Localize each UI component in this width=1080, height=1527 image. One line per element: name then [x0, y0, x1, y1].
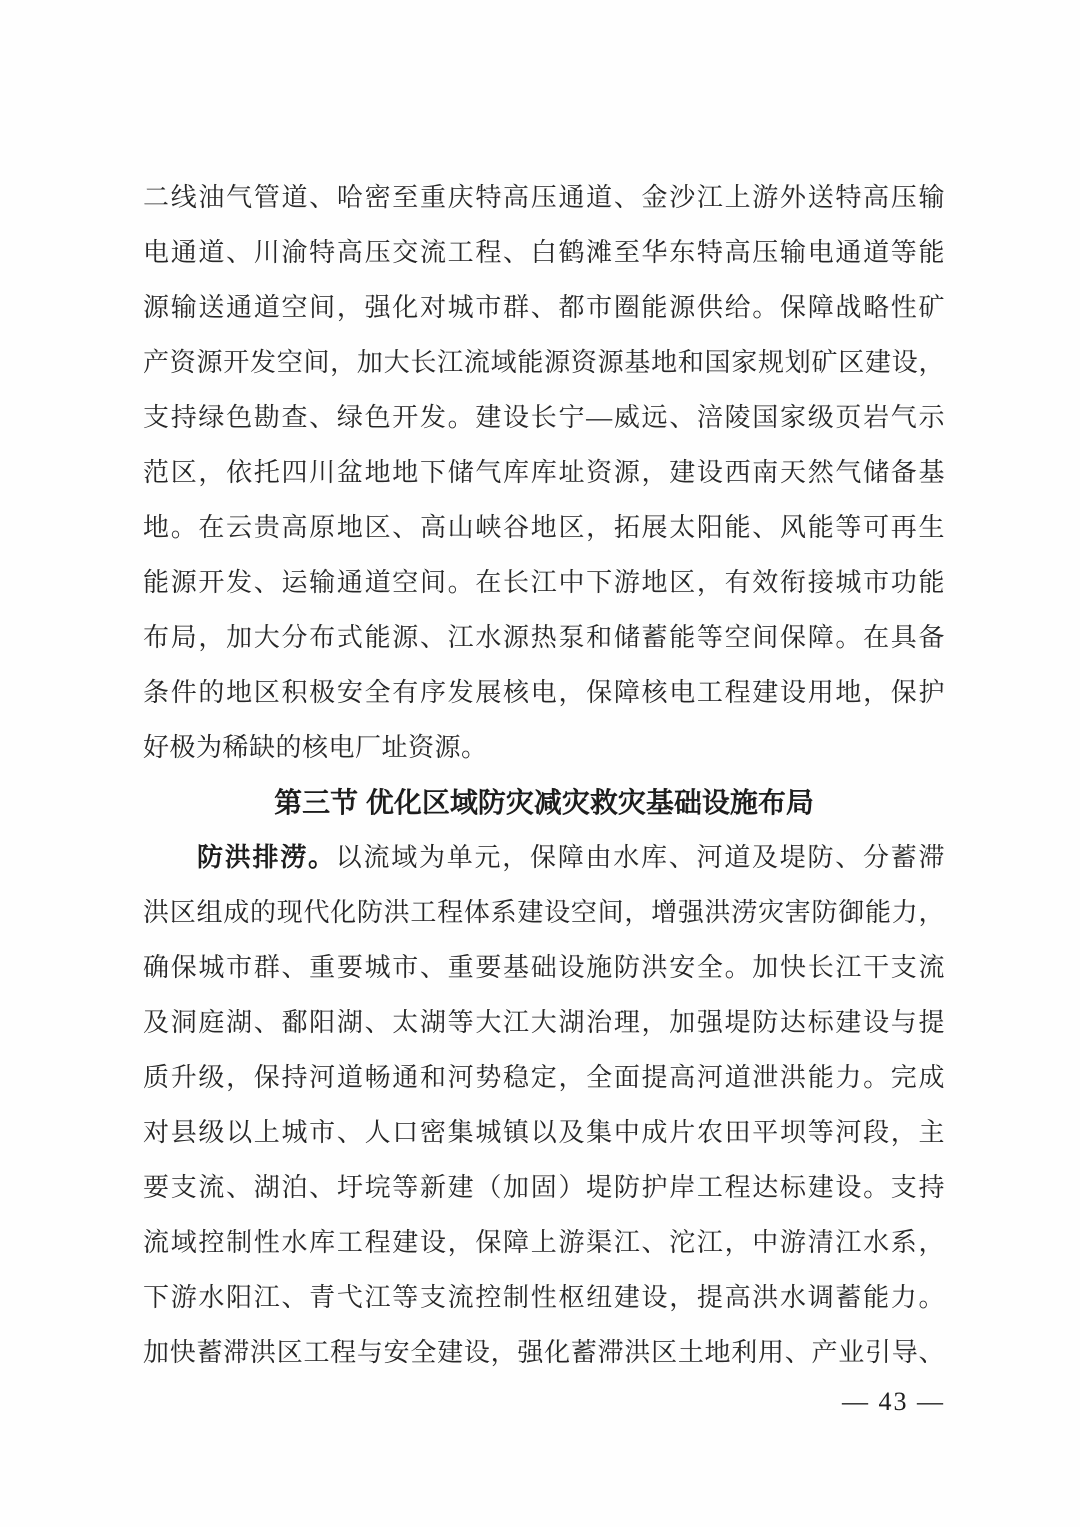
- text-line: 产资源开发空间，加大长江流域能源资源基地和国家规划矿区建设，: [143, 335, 945, 390]
- section-heading: 第三节 优化区域防灾减灾救灾基础设施布局: [143, 775, 945, 830]
- text-line: 加快蓄滞洪区工程与安全建设，强化蓄滞洪区土地利用、产业引导、: [143, 1325, 945, 1380]
- paragraph-first-line-text: 以流域为单元，保障由水库、河道及堤防、分蓄滞: [336, 843, 945, 872]
- text-line: 条件的地区积极安全有序发展核电，保障核电工程建设用地，保护: [143, 665, 945, 720]
- text-line: 能源开发、运输通道空间。在长江中下游地区，有效衔接城市功能: [143, 555, 945, 610]
- text-line: 源输送通道空间，强化对城市群、都市圈能源供给。保障战略性矿: [143, 280, 945, 335]
- text-line: 布局，加大分布式能源、江水源热泵和储蓄能等空间保障。在具备: [143, 610, 945, 665]
- text-line: 地。在云贵高原地区、高山峡谷地区，拓展太阳能、风能等可再生: [143, 500, 945, 555]
- text-line: 流域控制性水库工程建设，保障上游渠江、沱江，中游清江水系，: [143, 1215, 945, 1270]
- text-line: 范区，依托四川盆地地下储气库库址资源，建设西南天然气储备基: [143, 445, 945, 500]
- text-line: 要支流、湖泊、圩垸等新建（加固）堤防护岸工程达标建设。支持: [143, 1160, 945, 1215]
- paragraph-energy-continued: 二线油气管道、哈密至重庆特高压通道、金沙江上游外送特高压输电通道、川渝特高压交流…: [143, 170, 945, 775]
- page-number: — 43 —: [842, 1387, 945, 1416]
- paragraph-lead-bold: 防洪排涝。: [197, 842, 336, 872]
- text-line: 确保城市群、重要城市、重要基础设施防洪安全。加快长江干支流: [143, 940, 945, 995]
- paragraph-flood-body: 洪区组成的现代化防洪工程体系建设空间，增强洪涝灾害防御能力，确保城市群、重要城市…: [143, 885, 945, 1380]
- document-page: 二线油气管道、哈密至重庆特高压通道、金沙江上游外送特高压输电通道、川渝特高压交流…: [0, 0, 1080, 1527]
- text-line: 二线油气管道、哈密至重庆特高压通道、金沙江上游外送特高压输: [143, 170, 945, 225]
- text-line: 支持绿色勘查、绿色开发。建设长宁—威远、涪陵国家级页岩气示: [143, 390, 945, 445]
- page-content: 二线油气管道、哈密至重庆特高压通道、金沙江上游外送特高压输电通道、川渝特高压交流…: [143, 170, 945, 1422]
- text-line: 电通道、川渝特高压交流工程、白鹤滩至华东特高压输电通道等能: [143, 225, 945, 280]
- text-line: 好极为稀缺的核电厂址资源。: [143, 720, 945, 775]
- text-line: 对县级以上城市、人口密集城镇以及集中成片农田平坝等河段，主: [143, 1105, 945, 1160]
- paragraph-flood-first-line: 防洪排涝。以流域为单元，保障由水库、河道及堤防、分蓄滞: [143, 830, 945, 885]
- text-line: 下游水阳江、青弋江等支流控制性枢纽建设，提高洪水调蓄能力。: [143, 1270, 945, 1325]
- page-footer: — 43 —: [143, 1382, 945, 1422]
- text-line: 洪区组成的现代化防洪工程体系建设空间，增强洪涝灾害防御能力，: [143, 885, 945, 940]
- text-line: 质升级，保持河道畅通和河势稳定，全面提高河道泄洪能力。完成: [143, 1050, 945, 1105]
- text-line: 及洞庭湖、鄱阳湖、太湖等大江大湖治理，加强堤防达标建设与提: [143, 995, 945, 1050]
